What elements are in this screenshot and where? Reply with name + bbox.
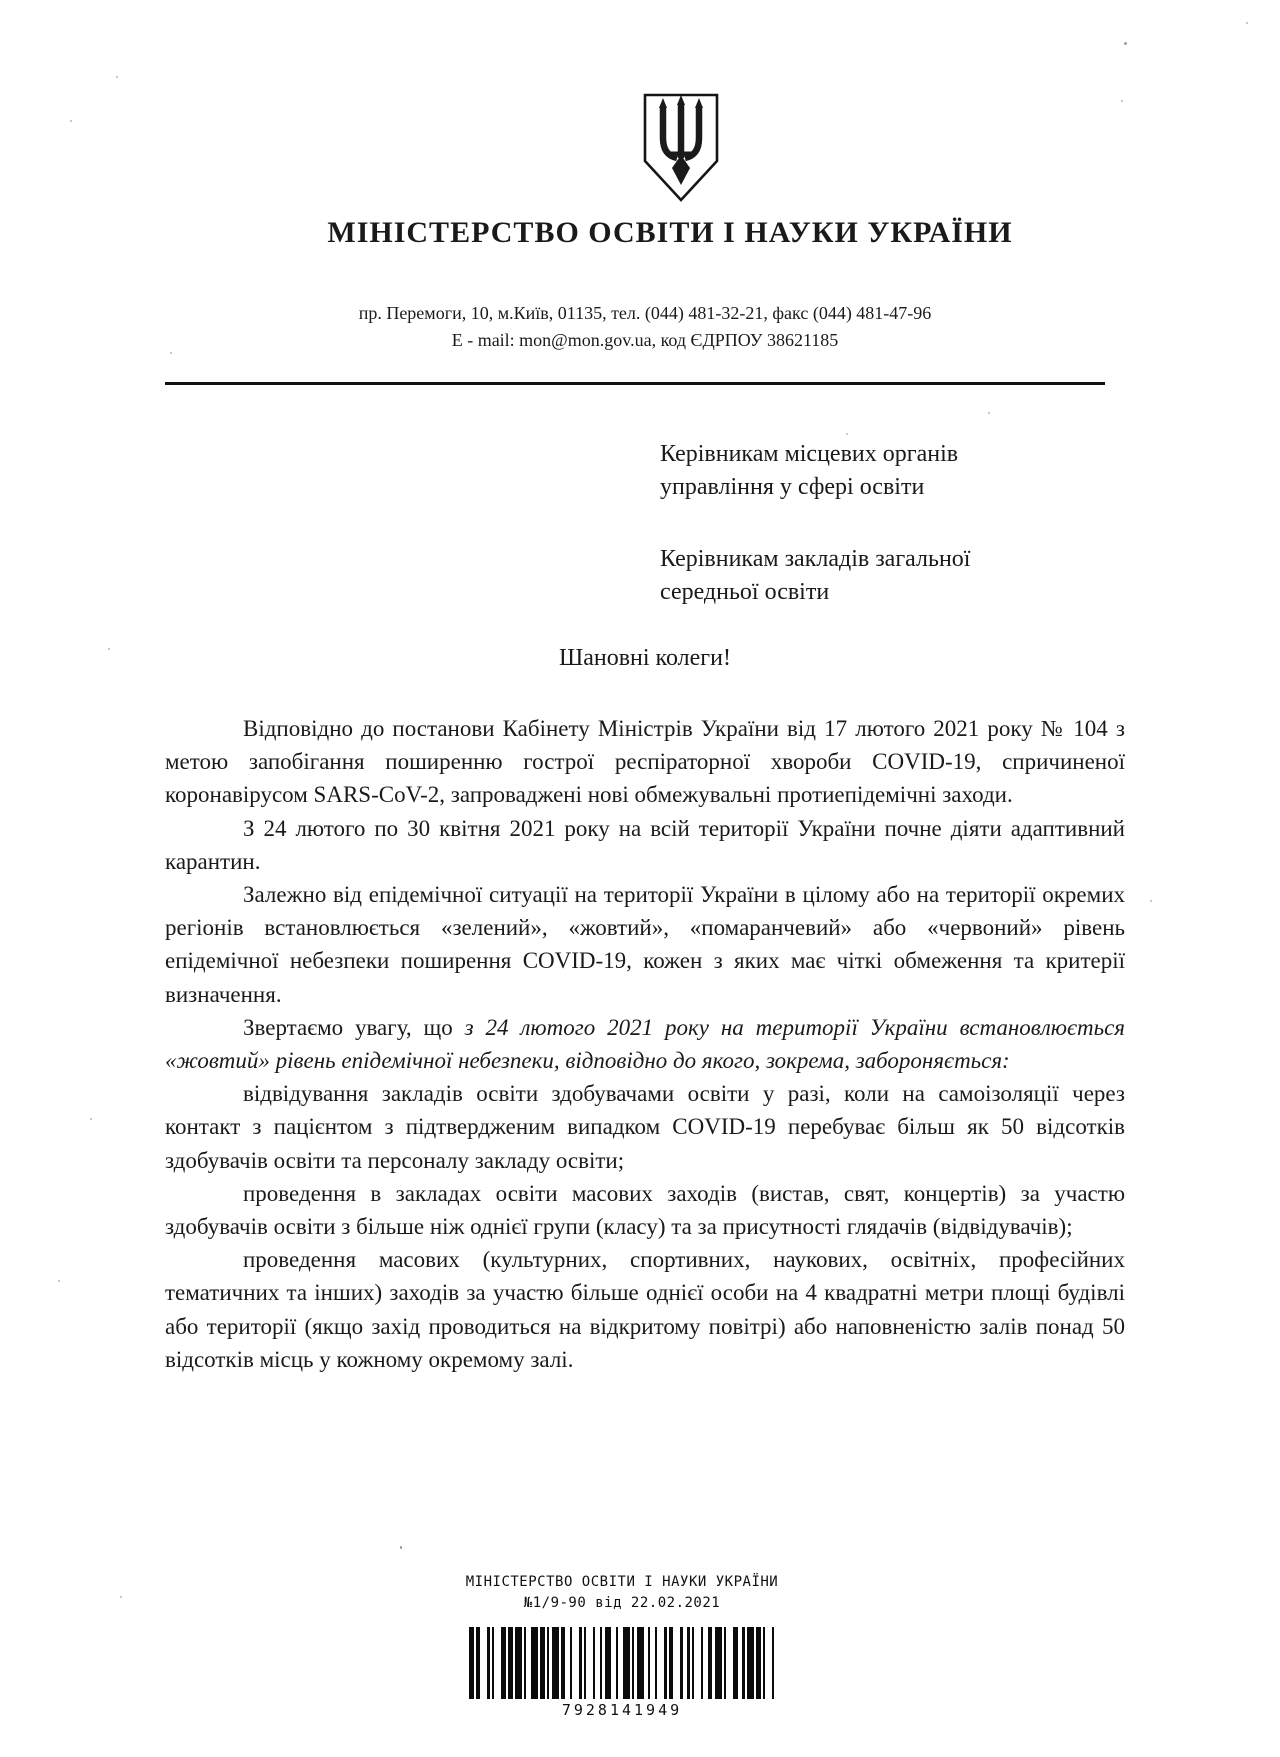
letterhead-address: пр. Перемоги, 10, м.Київ, 01135, тел. (0…	[0, 300, 1280, 326]
paragraph-intro: Відповідно до постанови Кабінету Міністр…	[165, 712, 1125, 812]
recipient-line: управління у сфері освіти	[660, 474, 924, 500]
barcode	[469, 1627, 775, 1699]
paragraph-restriction-events: проведення в закладах освіти масових зах…	[165, 1177, 1125, 1243]
paragraph-lead: Звертаємо увагу, що	[243, 1015, 465, 1040]
ministry-name: МІНІСТЕРСТВО ОСВІТИ І НАУКИ УКРАЇНИ	[60, 216, 1280, 250]
paragraph-epidemic-levels: Залежно від епідемічної ситуації на тери…	[165, 878, 1125, 1011]
stamp-ministry-name: МІНІСТЕРСТВО ОСВІТИ І НАУКИ УКРАЇНИ	[322, 1572, 922, 1592]
recipient-line: Керівникам закладів загальної	[660, 546, 970, 572]
stamp-registration-number: №1/9-90 від 22.02.2021	[322, 1593, 922, 1613]
paragraph-restriction-attendance: відвідування закладів освіти здобувачами…	[165, 1077, 1125, 1177]
header-divider	[165, 382, 1105, 385]
letterhead-contacts: E - mail: mon@mon.gov.ua, код ЄДРПОУ 386…	[0, 327, 1280, 353]
barcode-number: 7928141949	[322, 1701, 922, 1719]
trident-icon	[640, 92, 722, 204]
recipient-block: Керівникам місцевих органів управління у…	[660, 438, 1090, 648]
registration-stamp: МІНІСТЕРСТВО ОСВІТИ І НАУКИ УКРАЇНИ №1/9…	[322, 1572, 922, 1719]
recipient-line: середньої освіти	[660, 579, 829, 605]
recipient-group-2: Керівникам закладів загальної середньої …	[660, 543, 1090, 609]
salutation: Шановні колеги!	[165, 645, 1125, 672]
recipient-group-1: Керівникам місцевих органів управління у…	[660, 438, 1090, 504]
paragraph-yellow-level: Звертаємо увагу, що з 24 лютого 2021 рок…	[165, 1011, 1125, 1077]
paragraph-restriction-mass-events: проведення масових (культурних, спортивн…	[165, 1243, 1125, 1376]
letter-body: Відповідно до постанови Кабінету Міністр…	[165, 712, 1125, 1376]
recipient-line: Керівникам місцевих органів	[660, 441, 958, 467]
scanned-letter-page: МІНІСТЕРСТВО ОСВІТИ І НАУКИ УКРАЇНИ пр. …	[0, 0, 1280, 1757]
ukraine-trident-emblem	[640, 92, 722, 204]
paragraph-quarantine-dates: З 24 лютого по 30 квітня 2021 року на вс…	[165, 812, 1125, 878]
